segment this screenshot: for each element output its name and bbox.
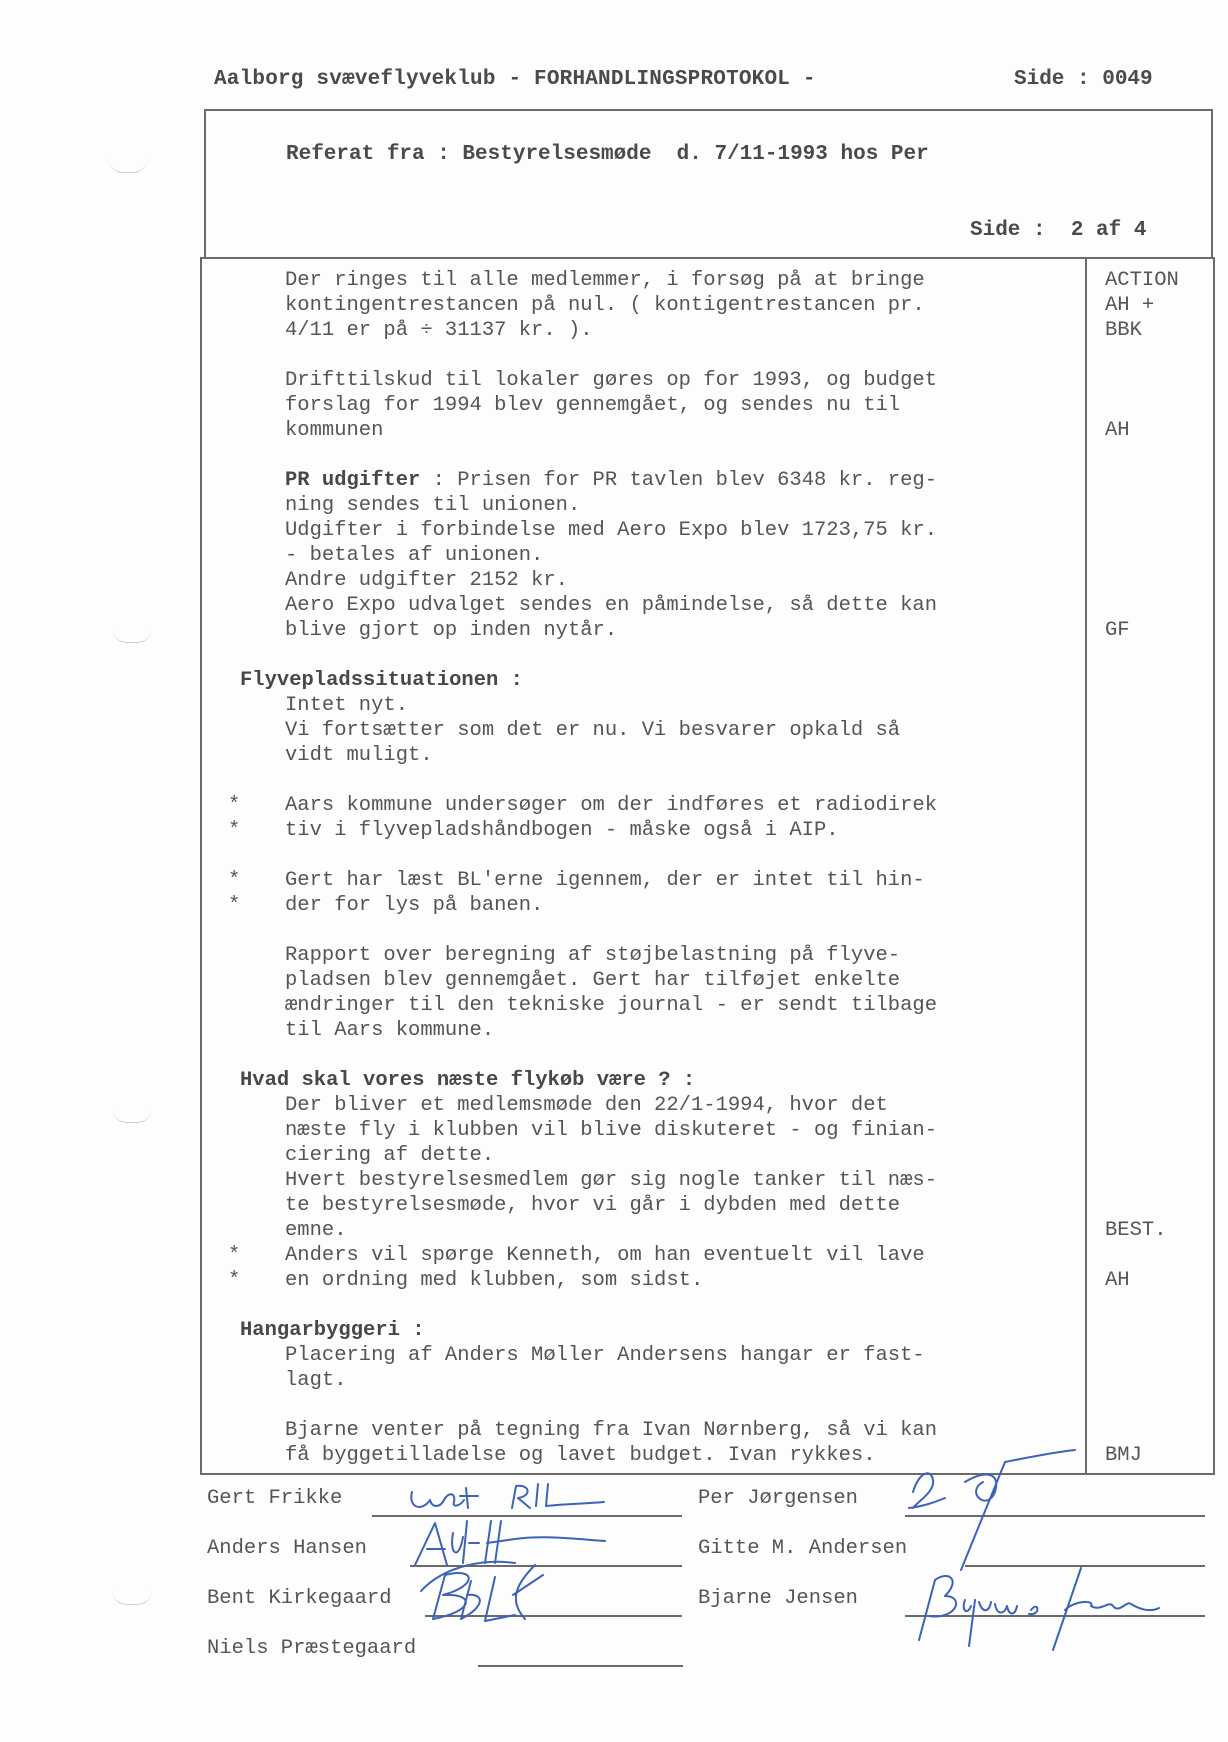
- minutes-line: kontingentrestancen på nul. ( kontigentr…: [285, 293, 925, 318]
- protocol-title: Aalborg svæveflyveklub - FORHANDLINGSPRO…: [214, 68, 816, 91]
- minutes-line: til Aars kommune.: [285, 1018, 494, 1043]
- action-owner: BBK: [1105, 318, 1142, 343]
- minutes-line: ændringer til den tekniske journal - er …: [285, 993, 937, 1018]
- minutes-line: en ordning med klubben, som sidst.: [285, 1268, 703, 1293]
- signer-name: Gert Frikke: [207, 1487, 342, 1510]
- signature-gert-frikke: [408, 1478, 628, 1518]
- minutes-line: lagt.: [285, 1368, 347, 1393]
- minutes-line-rest: : Prisen for PR tavlen blev 6348 kr. reg…: [420, 469, 937, 492]
- minutes-line: forslag for 1994 blev gennemgået, og sen…: [285, 393, 900, 418]
- action-owner: AH +: [1105, 293, 1154, 318]
- page-number: Side : 0049: [1014, 68, 1153, 91]
- minutes-line: Bjarne venter på tegning fra Ivan Nørnbe…: [285, 1418, 937, 1443]
- action-owner: BMJ: [1105, 1443, 1142, 1468]
- minutes-line: Intet nyt.: [285, 693, 408, 718]
- minutes-line: Aero Expo udvalget sendes en påmindelse,…: [285, 593, 937, 618]
- star-marker: *: [228, 868, 240, 893]
- action-owner: AH: [1105, 1268, 1130, 1293]
- minutes-line: Andre udgifter 2152 kr.: [285, 568, 568, 593]
- minutes-line: pladsen blev gennemgået. Gert har tilføj…: [285, 968, 900, 993]
- minutes-line: 4/11 er på ÷ 31137 kr. ).: [285, 318, 593, 343]
- section-heading: Hangarbyggeri :: [240, 1318, 425, 1343]
- minutes-line: PR udgifter : Prisen for PR tavlen blev …: [285, 468, 937, 493]
- minutes-line: Hvert bestyrelsesmedlem gør sig nogle ta…: [285, 1168, 937, 1193]
- punch-mark: [108, 158, 148, 173]
- minutes-line: Vi fortsætter som det er nu. Vi besvarer…: [285, 718, 900, 743]
- section-heading: Hvad skal vores næste flykøb være ? :: [240, 1068, 695, 1093]
- minutes-line: Der bliver et medlemsmøde den 22/1-1994,…: [285, 1093, 888, 1118]
- minutes-line: Anders vil spørge Kenneth, om han eventu…: [285, 1243, 925, 1268]
- minutes-line: Der ringes til alle medlemmer, i forsøg …: [285, 268, 925, 293]
- action-owner: AH: [1105, 418, 1130, 443]
- minutes-line: der for lys på banen.: [285, 893, 543, 918]
- signature-bent-kirkegaard: [415, 1555, 595, 1630]
- minutes-line: vidt muligt.: [285, 743, 433, 768]
- minutes-line: Drifttilskud til lokaler gøres op for 19…: [285, 368, 937, 393]
- signature-line[interactable]: [478, 1665, 683, 1667]
- signer-name: Niels Præstegaard: [207, 1637, 416, 1660]
- minutes-line: tiv i flyvepladshåndbogen - måske også i…: [285, 818, 839, 843]
- star-marker: *: [228, 893, 240, 918]
- signer-name: Per Jørgensen: [698, 1487, 858, 1510]
- meeting-page-counter: Side : 2 af 4: [970, 219, 1146, 242]
- minutes-line: Aars kommune undersøger om der indføres …: [285, 793, 937, 818]
- minutes-line: Rapport over beregning af støjbelastning…: [285, 943, 900, 968]
- section-heading: Flyvepladssituationen :: [240, 668, 523, 693]
- pr-udgifter-label: PR udgifter: [285, 469, 420, 492]
- minutes-line: Udgifter i forbindelse med Aero Expo ble…: [285, 518, 937, 543]
- minutes-line: næste fly i klubben vil blive diskuteret…: [285, 1118, 937, 1143]
- signer-name: Bent Kirkegaard: [207, 1587, 392, 1610]
- star-marker: *: [228, 818, 240, 843]
- action-header: ACTION: [1105, 268, 1179, 293]
- action-column-divider: [1085, 258, 1087, 1474]
- punch-mark: [112, 1590, 152, 1605]
- minutes-line: få byggetilladelse og lavet budget. Ivan…: [285, 1443, 876, 1468]
- signer-name: Gitte M. Andersen: [698, 1537, 907, 1560]
- star-marker: *: [228, 1268, 240, 1293]
- star-marker: *: [228, 793, 240, 818]
- minutes-line: ning sendes til unionen.: [285, 493, 580, 518]
- star-marker: *: [228, 1243, 240, 1268]
- minutes-line: - betales af unionen.: [285, 543, 543, 568]
- signer-name: Bjarne Jensen: [698, 1587, 858, 1610]
- punch-mark: [112, 1108, 152, 1123]
- minutes-line: blive gjort op inden nytår.: [285, 618, 617, 643]
- minutes-line: te bestyrelsesmøde, hvor vi går i dybden…: [285, 1193, 900, 1218]
- signer-name: Anders Hansen: [207, 1537, 367, 1560]
- signature-per-jorgensen: [905, 1452, 1075, 1572]
- meeting-title: Referat fra : Bestyrelsesmøde d. 7/11-19…: [286, 143, 929, 166]
- minutes-line: Gert har læst BL'erne igennem, der er in…: [285, 868, 925, 893]
- action-owner: BEST.: [1105, 1218, 1167, 1243]
- minutes-line: Placering af Anders Møller Andersens han…: [285, 1343, 925, 1368]
- punch-mark: [112, 628, 152, 643]
- signature-bjarne-jensen: [905, 1560, 1165, 1660]
- action-owner: GF: [1105, 618, 1130, 643]
- minutes-line: ciering af dette.: [285, 1143, 494, 1168]
- minutes-line: emne.: [285, 1218, 347, 1243]
- minutes-line: kommunen: [285, 418, 383, 443]
